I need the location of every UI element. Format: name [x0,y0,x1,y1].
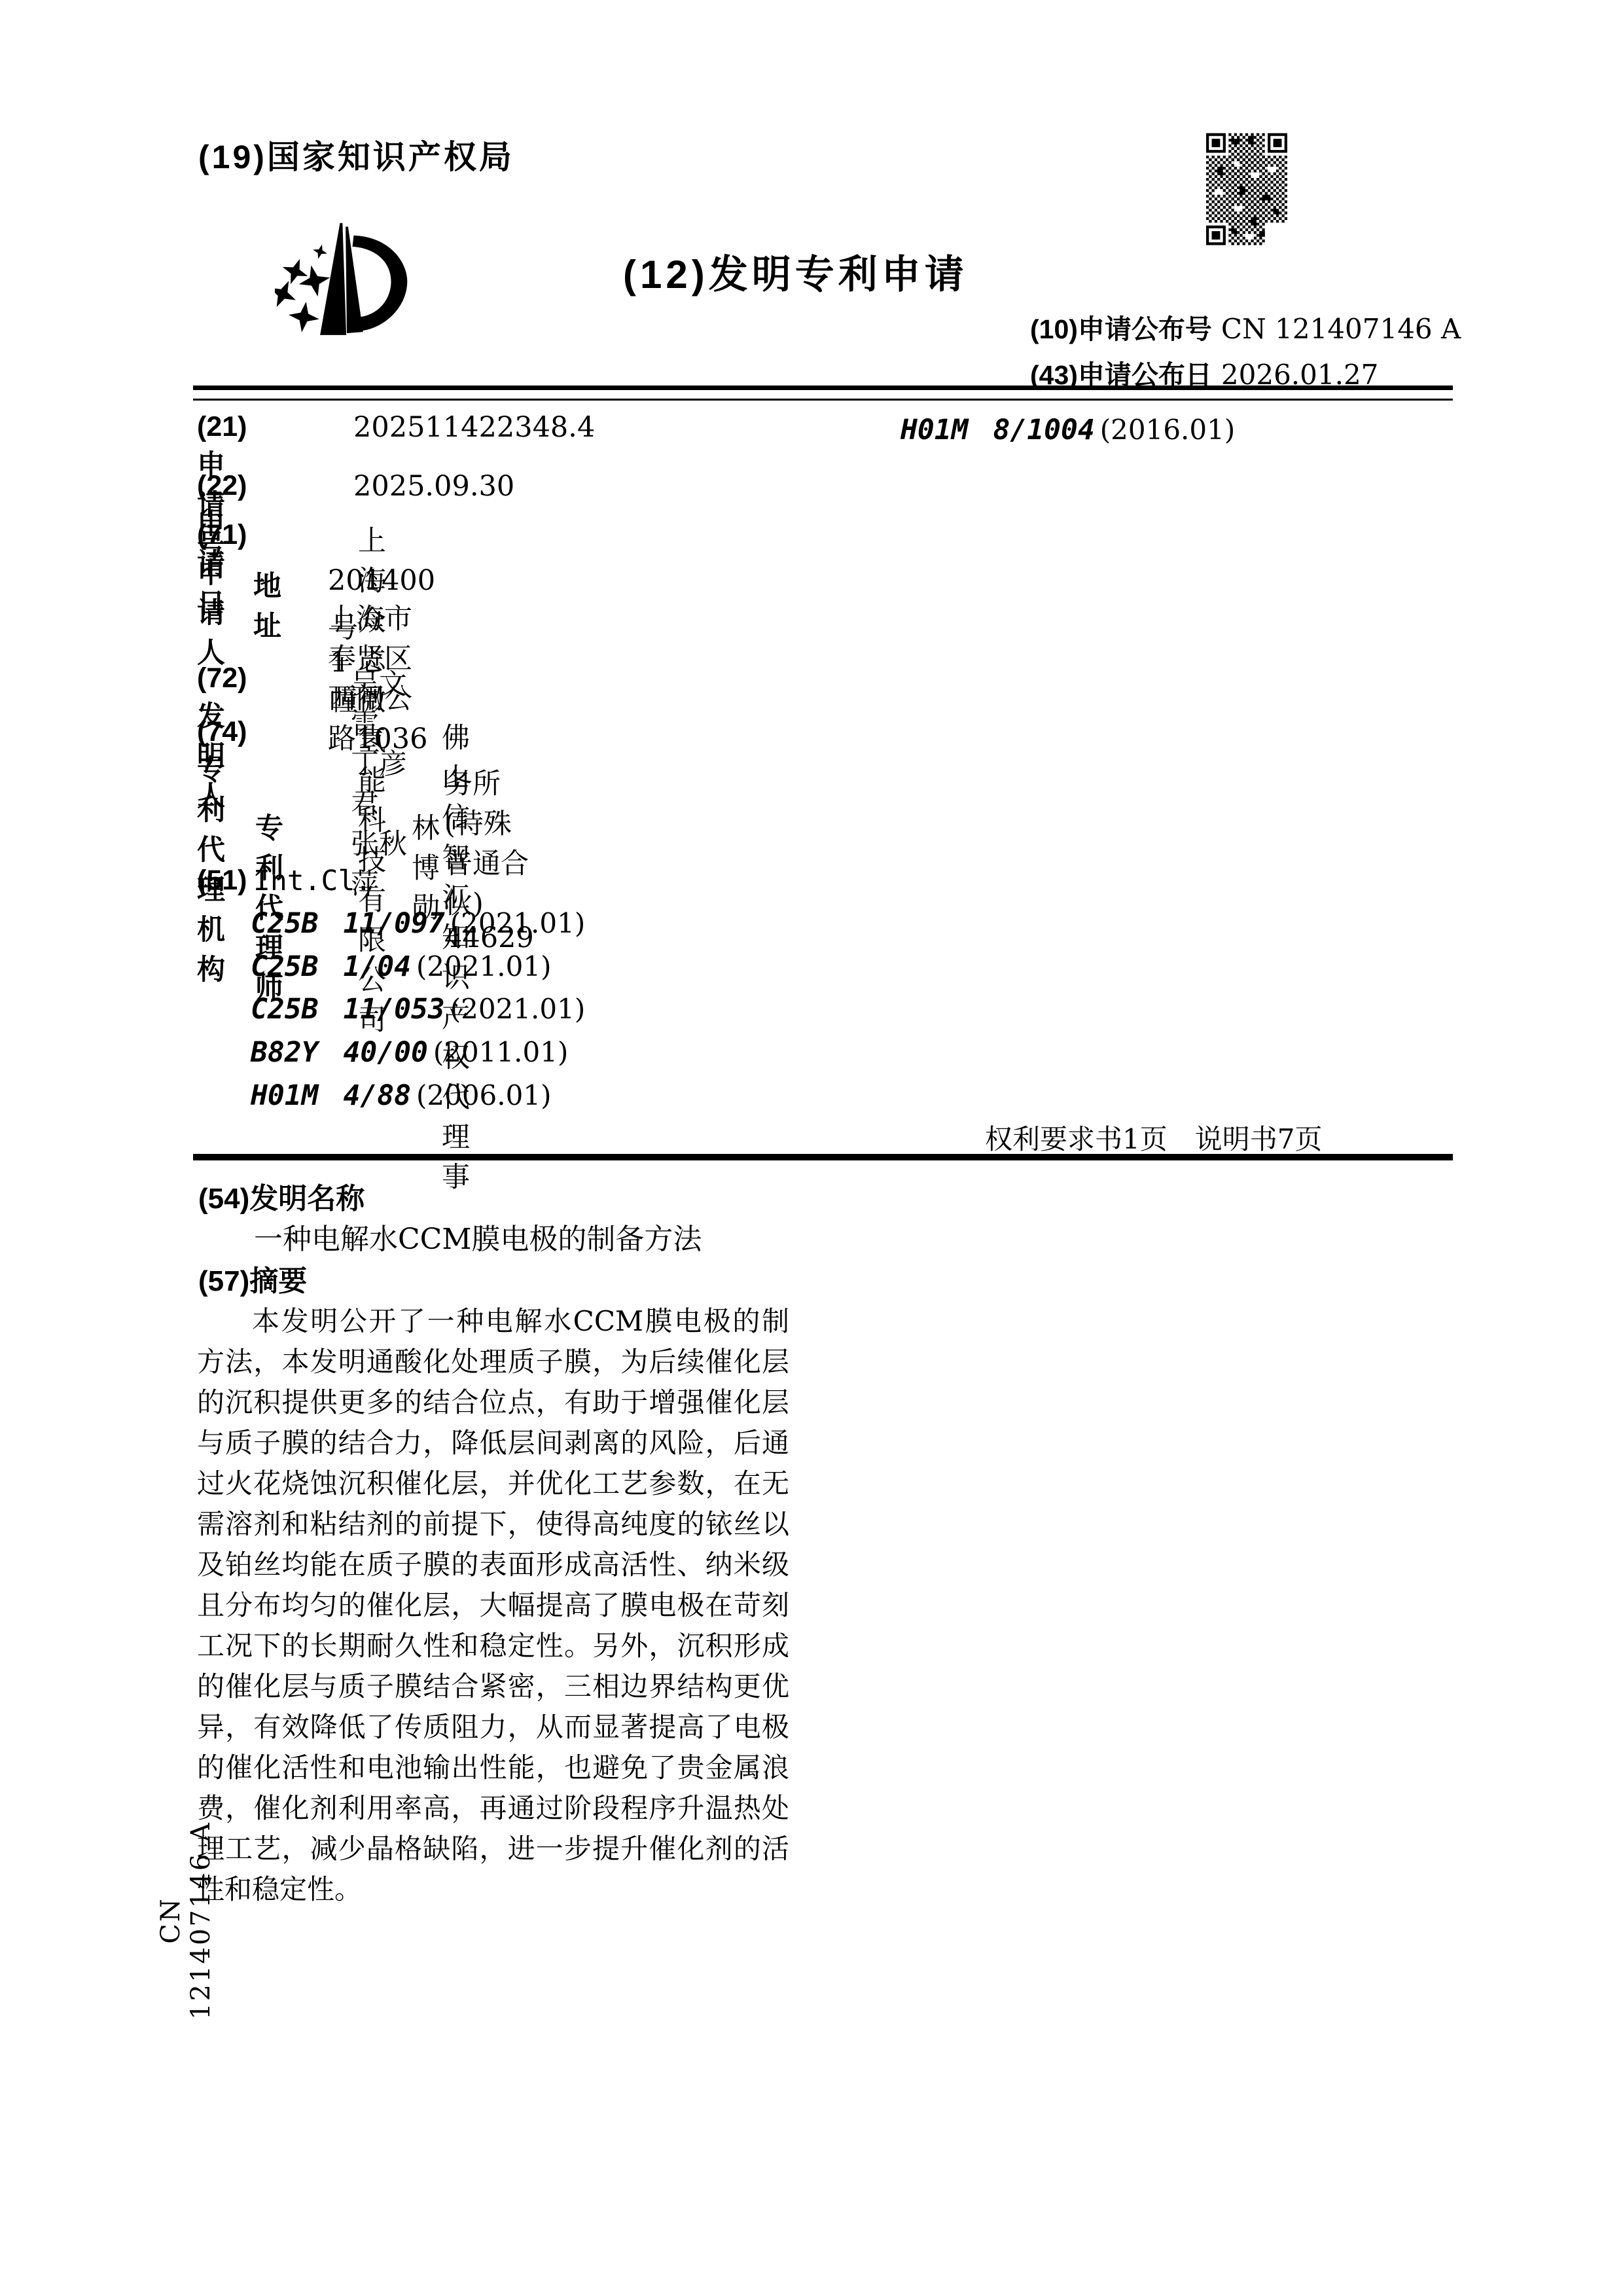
abstract-line: 理工艺，减少晶格缺陷，进一步提升催化剂的活 [197,1829,789,1869]
ipc-row: H01M 4/88(2006.01) [251,1079,551,1116]
ipc-code: H01M 4/88 [251,1079,411,1112]
ipc-main-row: H01M 8/1004(2016.01) [901,414,1235,446]
agency-label: (74)专利代理机构 [197,716,247,988]
ipc-year: (2021.01) [416,950,551,982]
ipc-code: C25B 11/053 [251,993,445,1026]
abstract-line: 的沉积提供更多的结合位点，有助于增强催化层 [197,1382,789,1423]
document-type-title: (12)发明专利申请 [623,243,968,300]
patent-front-page: (19)国家知识产权局 [0,0,1623,2296]
abstract-text: 本发明公开了一种电解水CCM膜电极的制备 方法，本发明通酸化处理质子膜，为后续催… [197,1301,789,1910]
publication-number-line: (10)申请公布号CN 121407146 A [1030,308,1461,346]
ipc-row: C25B 11/097(2021.01) [251,907,585,944]
abstract-line: 的催化层与质子膜结合紧密，三相边界结构更优 [197,1666,789,1707]
ipc-code: C25B 11/097 [251,907,445,940]
abstract-line: 及铂丝均能在质子膜的表面形成高活性、纳米级 [197,1545,789,1585]
ipc-year: (2011.01) [433,1036,568,1068]
ipc-year: (2021.01) [450,993,585,1025]
application-number-value: 202511422348.4 [353,411,595,444]
abstract-line: 与质子膜的结合力，降低层间剥离的风险，后通 [197,1423,789,1463]
publication-number-label: (10)申请公布号 [1030,314,1212,344]
abstract-line: 且分布均匀的催化层，大幅提高了膜电极在苛刻 [197,1585,789,1626]
issuing-office: (19)国家知识产权局 [198,131,514,178]
abstract-line: 的催化活性和电池输出性能，也避免了贵金属浪 [197,1748,789,1788]
applicant-label: (71)申请人 [197,519,247,671]
invention-title-label: (54)发明名称 [198,1175,365,1217]
publication-number-value: CN 121407146 A [1221,313,1461,345]
application-date-value: 2025.09.30 [353,470,514,503]
side-publication-number: CN 121407146 A [156,1816,185,2025]
ipc-row: B82Y 40/00(2011.01) [251,1036,568,1073]
section-thick-rule [193,1154,1453,1160]
header-double-rule [193,386,1453,401]
cnipa-logo-icon [275,219,419,347]
abstract-line: 工况下的长期耐久性和稳定性。另外，沉积形成 [197,1626,789,1666]
abstract-line: 异，有效降低了传质阻力，从而显著提高了电极 [197,1707,789,1748]
abstract-line: 过火花烧蚀沉积催化层，并优化工艺参数，在无 [197,1463,789,1504]
ipc-code: B82Y 40/00 [251,1036,428,1069]
ipc-main-year: (2016.01) [1100,414,1235,446]
intcl-text: Int.Cl. [253,865,372,897]
abstract-line: 方法，本发明通酸化处理质子膜，为后续催化层 [197,1342,789,1382]
qr-code [1206,133,1287,245]
abstract-line: 本发明公开了一种电解水CCM膜电极的制备 [197,1301,789,1342]
intcl-number-label: (51) [197,865,247,897]
pages-info: 权利要求书1页 说明书7页 [985,1118,1322,1157]
abstract-label: (57)摘要 [198,1257,307,1299]
abstract-line: 需溶剂和粘结剂的前提下，使得高纯度的铱丝以 [197,1504,789,1545]
ipc-year: (2006.01) [416,1079,551,1111]
address-label: 地址 [253,564,281,644]
ipc-row: C25B 1/04(2021.01) [251,950,551,987]
invention-title: 一种电解水CCM膜电极的制备方法 [254,1215,702,1257]
ipc-code: C25B 1/04 [251,950,411,983]
ipc-main-code: H01M 8/1004 [901,414,1095,446]
ipc-row: C25B 11/053(2021.01) [251,993,585,1030]
abstract-line: 费，催化剂利用率高，再通过阶段程序升温热处 [197,1788,789,1829]
ipc-year: (2021.01) [450,907,585,939]
abstract-line: 性和稳定性。 [197,1869,789,1910]
